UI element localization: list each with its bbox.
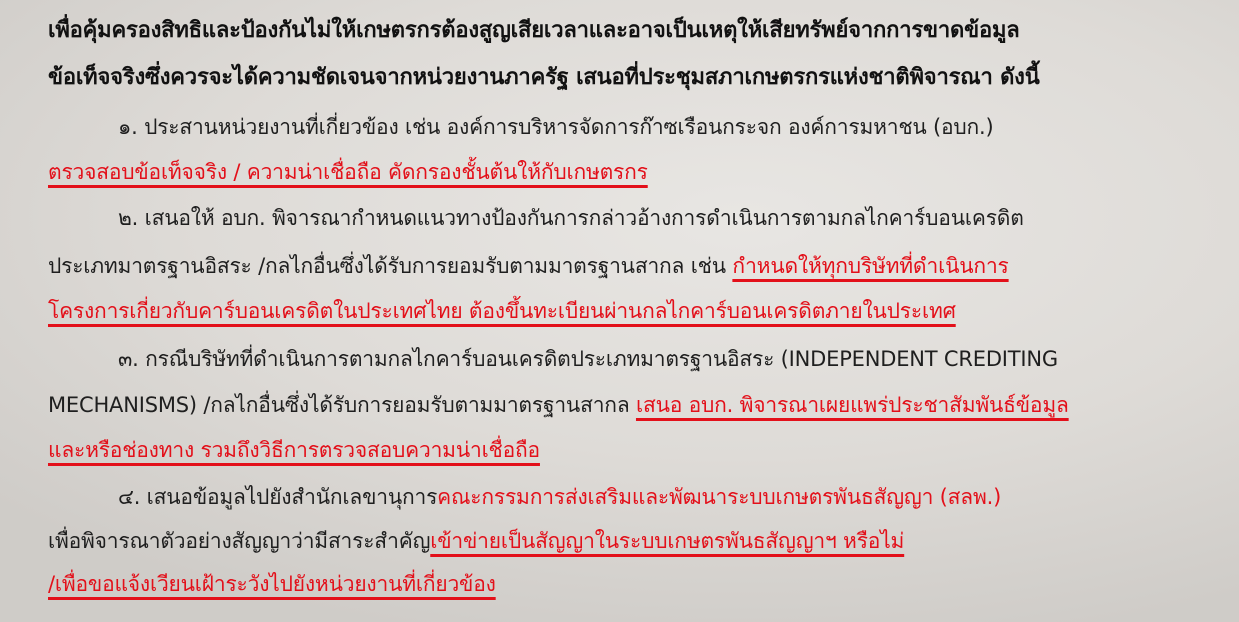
item-4-plain-text: เสนอข้อมูลไปยังสำนักเลขานุการ: [147, 485, 438, 509]
item-1-text: ประสานหน่วยงานที่เกี่ยวข้อง เช่น องค์การ…: [144, 115, 993, 139]
intro-line-1: เพื่อคุ้มครองสิทธิและป้องกันไม่ให้เกษตรก…: [48, 16, 1020, 46]
item-4-line-1: ๔. เสนอข้อมูลไปยังสำนักเลขานุการคณะกรรมก…: [118, 482, 1001, 512]
intro-line-2: ข้อเท็จจริงซึ่งควรจะได้ความชัดเจนจากหน่ว…: [48, 63, 1040, 93]
item-4-number: ๔.: [118, 485, 140, 509]
item-2-line-3: โครงการเกี่ยวกับคาร์บอนเครดิตในประเทศไทย…: [48, 296, 956, 326]
item-4-highlight-a: เข้าข่ายเป็นสัญญาในระบบเกษตรพันธสัญญาฯ ห…: [430, 529, 904, 553]
item-1-line-2: ตรวจสอบข้อเท็จจริง / ความน่าเชื่อถือ คัด…: [48, 157, 648, 187]
item-4-committee-name: คณะกรรมการส่งเสริมและพัฒนาระบบเกษตรพันธส…: [437, 485, 1001, 509]
item-3-line-1: ๓. กรณีบริษัทที่ดำเนินการตามกลไกคาร์บอนเ…: [118, 344, 1058, 374]
item-2-plain-text: ประเภทมาตรฐานอิสระ /กลไกอื่นซึ่งได้รับกา…: [48, 254, 732, 278]
item-4-plain-text-2: เพื่อพิจารณาตัวอย่างสัญญาว่ามีสาระสำคัญ: [48, 529, 430, 553]
item-4-highlight-b: /เพื่อขอแจ้งเวียนเฝ้าระวังไปยังหน่วยงานท…: [48, 572, 496, 596]
item-1-line-1: ๑. ประสานหน่วยงานที่เกี่ยวข้อง เช่น องค์…: [118, 112, 994, 142]
item-3-line-3: และหรือช่องทาง รวมถึงวิธีการตรวจสอบความน…: [48, 435, 540, 465]
item-3-number: ๓.: [118, 347, 139, 371]
item-2-highlight-a: กำหนดให้ทุกบริษัทที่ดำเนินการ: [732, 254, 1008, 278]
item-4-line-2: เพื่อพิจารณาตัวอย่างสัญญาว่ามีสาระสำคัญเ…: [48, 526, 904, 556]
item-2-line-2: ประเภทมาตรฐานอิสระ /กลไกอื่นซึ่งได้รับกา…: [48, 251, 1009, 281]
item-3-highlight-b: และหรือช่องทาง รวมถึงวิธีการตรวจสอบความน…: [48, 438, 540, 462]
item-1-number: ๑.: [118, 115, 138, 139]
item-3-plain-text: MECHANISMS) /กลไกอื่นซึ่งได้รับการยอมรับ…: [48, 393, 636, 417]
item-1-highlight: ตรวจสอบข้อเท็จจริง / ความน่าเชื่อถือ คัด…: [48, 160, 648, 184]
item-4-line-3: /เพื่อขอแจ้งเวียนเฝ้าระวังไปยังหน่วยงานท…: [48, 569, 496, 599]
item-3-text: กรณีบริษัทที่ดำเนินการตามกลไกคาร์บอนเครด…: [145, 347, 1058, 371]
item-2-number: ๒.: [118, 206, 138, 230]
item-2-text: เสนอให้ อบก. พิจารณากำหนดแนวทางป้องกันกา…: [145, 206, 1024, 230]
item-3-highlight-a: เสนอ อบก. พิจารณาเผยแพร่ประชาสัมพันธ์ข้อ…: [636, 393, 1069, 417]
item-2-highlight-b: โครงการเกี่ยวกับคาร์บอนเครดิตในประเทศไทย…: [48, 299, 956, 323]
item-2-line-1: ๒. เสนอให้ อบก. พิจารณากำหนดแนวทางป้องกั…: [118, 203, 1024, 233]
item-3-line-2: MECHANISMS) /กลไกอื่นซึ่งได้รับการยอมรับ…: [48, 390, 1069, 420]
